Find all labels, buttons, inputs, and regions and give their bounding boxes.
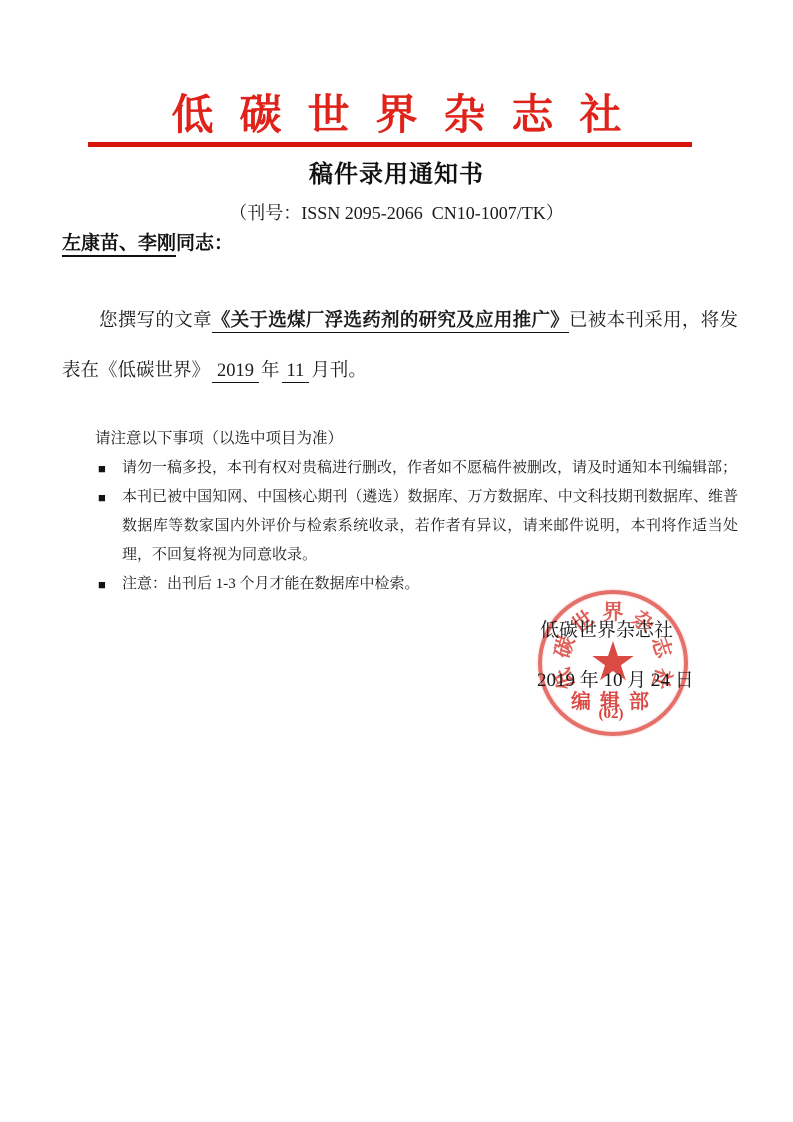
bullet-square-icon: ■ xyxy=(98,483,122,512)
publish-month: 11 xyxy=(282,361,310,383)
note-item: ■ 本刊已被中国知网、中国核心期刊（遴选）数据库、万方数据库、中文科技期刊数据库… xyxy=(98,483,738,570)
notes-title: 请注意以下事项（以选中项目为准） xyxy=(95,428,738,450)
note-item: ■ 请勿一稿多投，本刊有权对贵稿进行删改，作者如不愿稿件被删改，请及时通知本刊编… xyxy=(98,454,738,483)
year-unit: 年 xyxy=(261,361,280,381)
body-prefix: 您撰写的文章 xyxy=(99,311,212,331)
body-paragraph: 您撰写的文章《关于选煤厂浮选药剂的研究及应用推广》已被本刊采用，将发表在《低碳世… xyxy=(62,296,738,396)
month-unit: 月刊。 xyxy=(311,361,367,381)
document-page: 低碳世界杂志社 稿件录用通知书 （刊号：ISSN 2095-2066 CN10-… xyxy=(0,0,793,1122)
note-text: 本刊已被中国知网、中国核心期刊（遴选）数据库、万方数据库、中文科技期刊数据库、维… xyxy=(122,483,738,570)
stamp-code: (02) xyxy=(536,706,686,723)
notes-section: 请注意以下事项（以选中项目为准） ■ 请勿一稿多投，本刊有权对贵稿进行删改，作者… xyxy=(95,428,738,599)
signature-date: 2019 年 10 月 24 日 xyxy=(537,670,694,692)
publish-year: 2019 xyxy=(212,361,259,383)
addressee-suffix: 同志： xyxy=(176,233,233,254)
note-text: 请勿一稿多投，本刊有权对贵稿进行删改，作者如不愿稿件被删改，请及时通知本刊编辑部… xyxy=(122,454,738,483)
journal-name-title: 低碳世界杂志社 xyxy=(0,92,793,138)
article-title: 《关于选煤厂浮选药剂的研究及应用推广》 xyxy=(212,311,569,333)
official-stamp: 低 碳 世 界 杂 志 社 ★ 编 辑 部 (02) 低碳世界杂志社 2019 … xyxy=(536,587,690,737)
addressee-line: 左康苗、李刚同志： xyxy=(62,231,233,257)
notice-title: 稿件录用通知书 xyxy=(0,160,793,190)
bullet-square-icon: ■ xyxy=(98,454,122,483)
header-rule xyxy=(88,142,692,147)
signature-org-name: 低碳世界杂志社 xyxy=(540,620,673,642)
issn-line: （刊号：ISSN 2095-2066 CN10-1007/TK） xyxy=(0,201,793,225)
bullet-square-icon: ■ xyxy=(98,570,122,599)
addressee-names: 左康苗、李刚 xyxy=(62,233,176,257)
